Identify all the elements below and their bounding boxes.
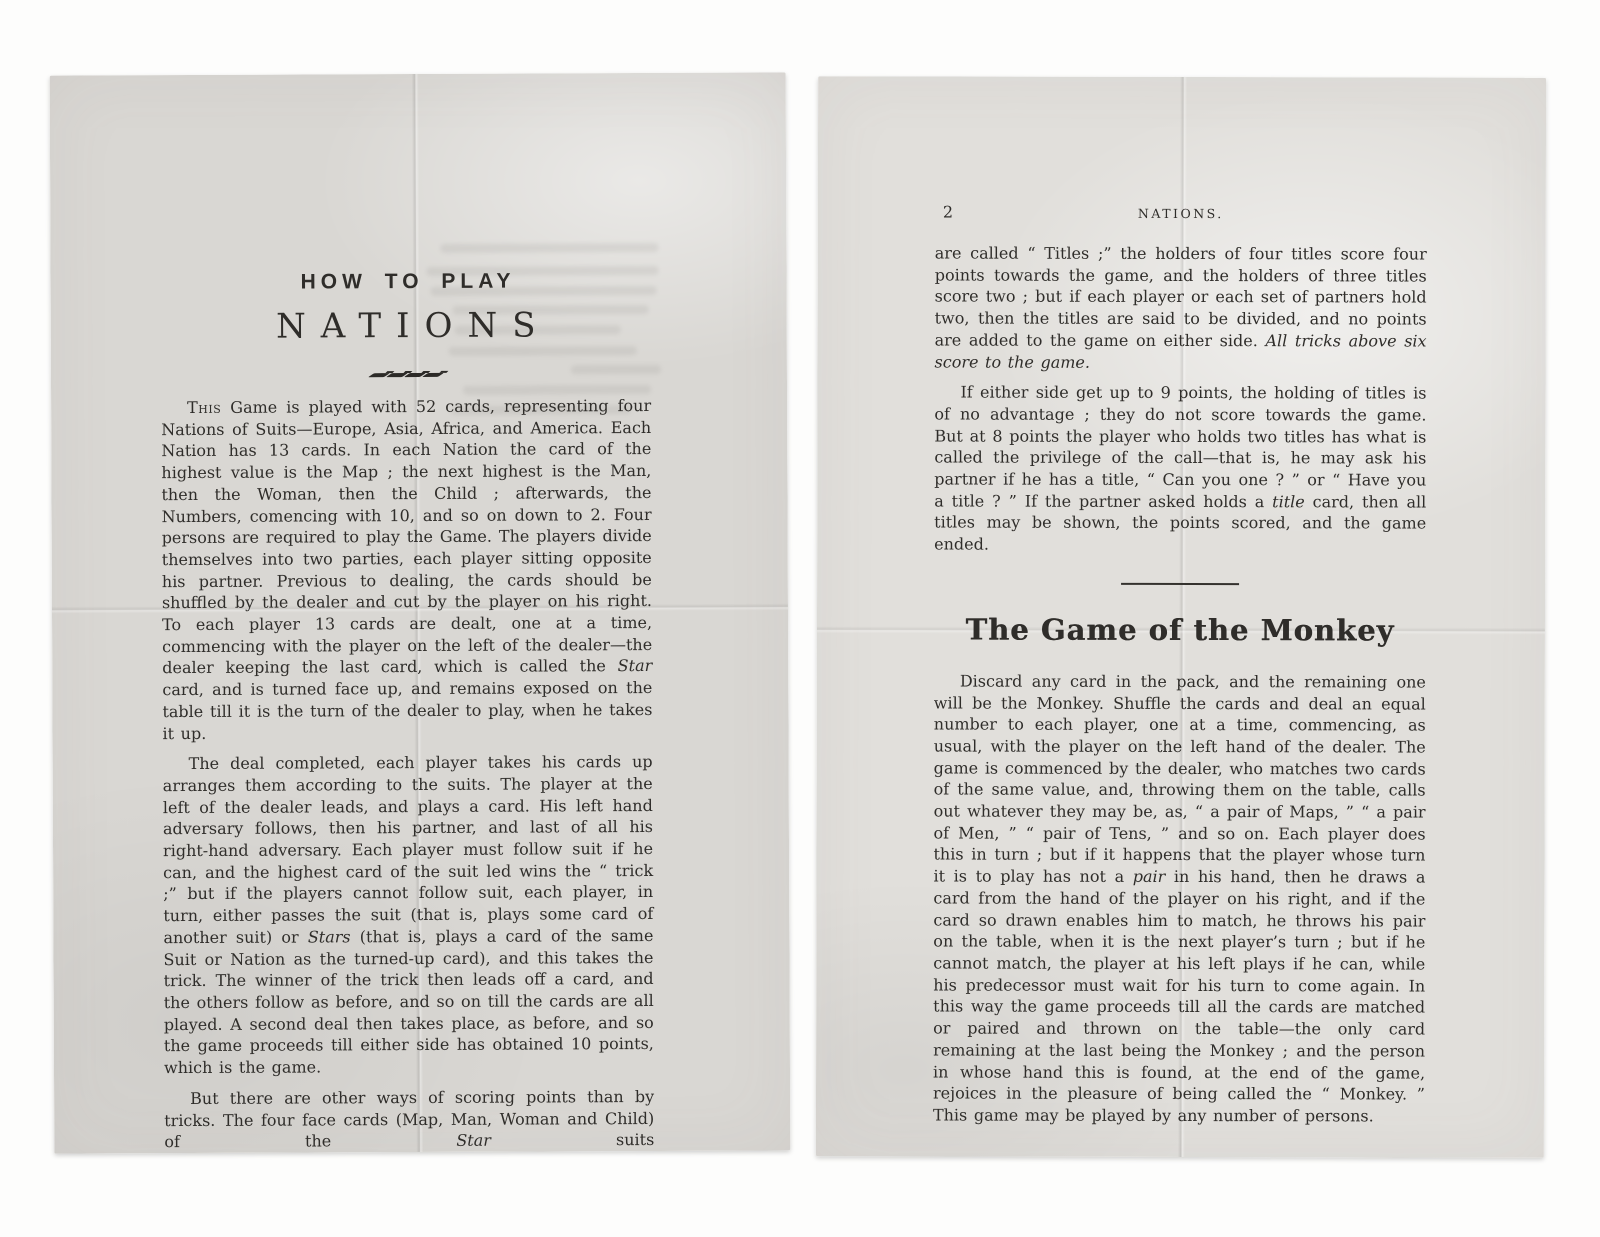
- flourish-mark: [422, 373, 444, 377]
- page-number: 2: [943, 203, 953, 222]
- paragraph: If either side get up to 9 points, the h…: [934, 382, 1426, 557]
- paragraph: The deal completed, each player takes hi…: [163, 751, 654, 1079]
- left-page-body: This Game is played with 52 cards, repre…: [161, 395, 654, 1153]
- right-page-body: are called “ Titles ;” the holders of fo…: [934, 242, 1427, 556]
- section-rule: [1121, 583, 1239, 585]
- section-title: The Game of the Monkey: [934, 612, 1426, 647]
- page-title: NATIONS: [161, 305, 651, 347]
- kicker-title: HOW TO PLAY: [161, 269, 651, 295]
- scan-background: HOW TO PLAY NATIONS This Game is played …: [0, 0, 1600, 1237]
- flourish-divider: [161, 363, 651, 375]
- monkey-section-body: Discard any card in the pack, and the re…: [933, 670, 1426, 1127]
- running-header: 2 NATIONS.: [935, 202, 1427, 221]
- paragraph: are called “ Titles ;” the holders of fo…: [935, 242, 1427, 373]
- paragraph: Discard any card in the pack, and the re…: [933, 670, 1426, 1127]
- right-page: 2 NATIONS. are called “ Titles ;” the ho…: [816, 76, 1546, 1158]
- paragraph: This Game is played with 52 cards, repre…: [161, 395, 653, 744]
- running-head-title: NATIONS.: [1138, 206, 1224, 221]
- paragraph: But there are other ways of scoring poin…: [164, 1086, 654, 1153]
- left-page: HOW TO PLAY NATIONS This Game is played …: [50, 72, 791, 1153]
